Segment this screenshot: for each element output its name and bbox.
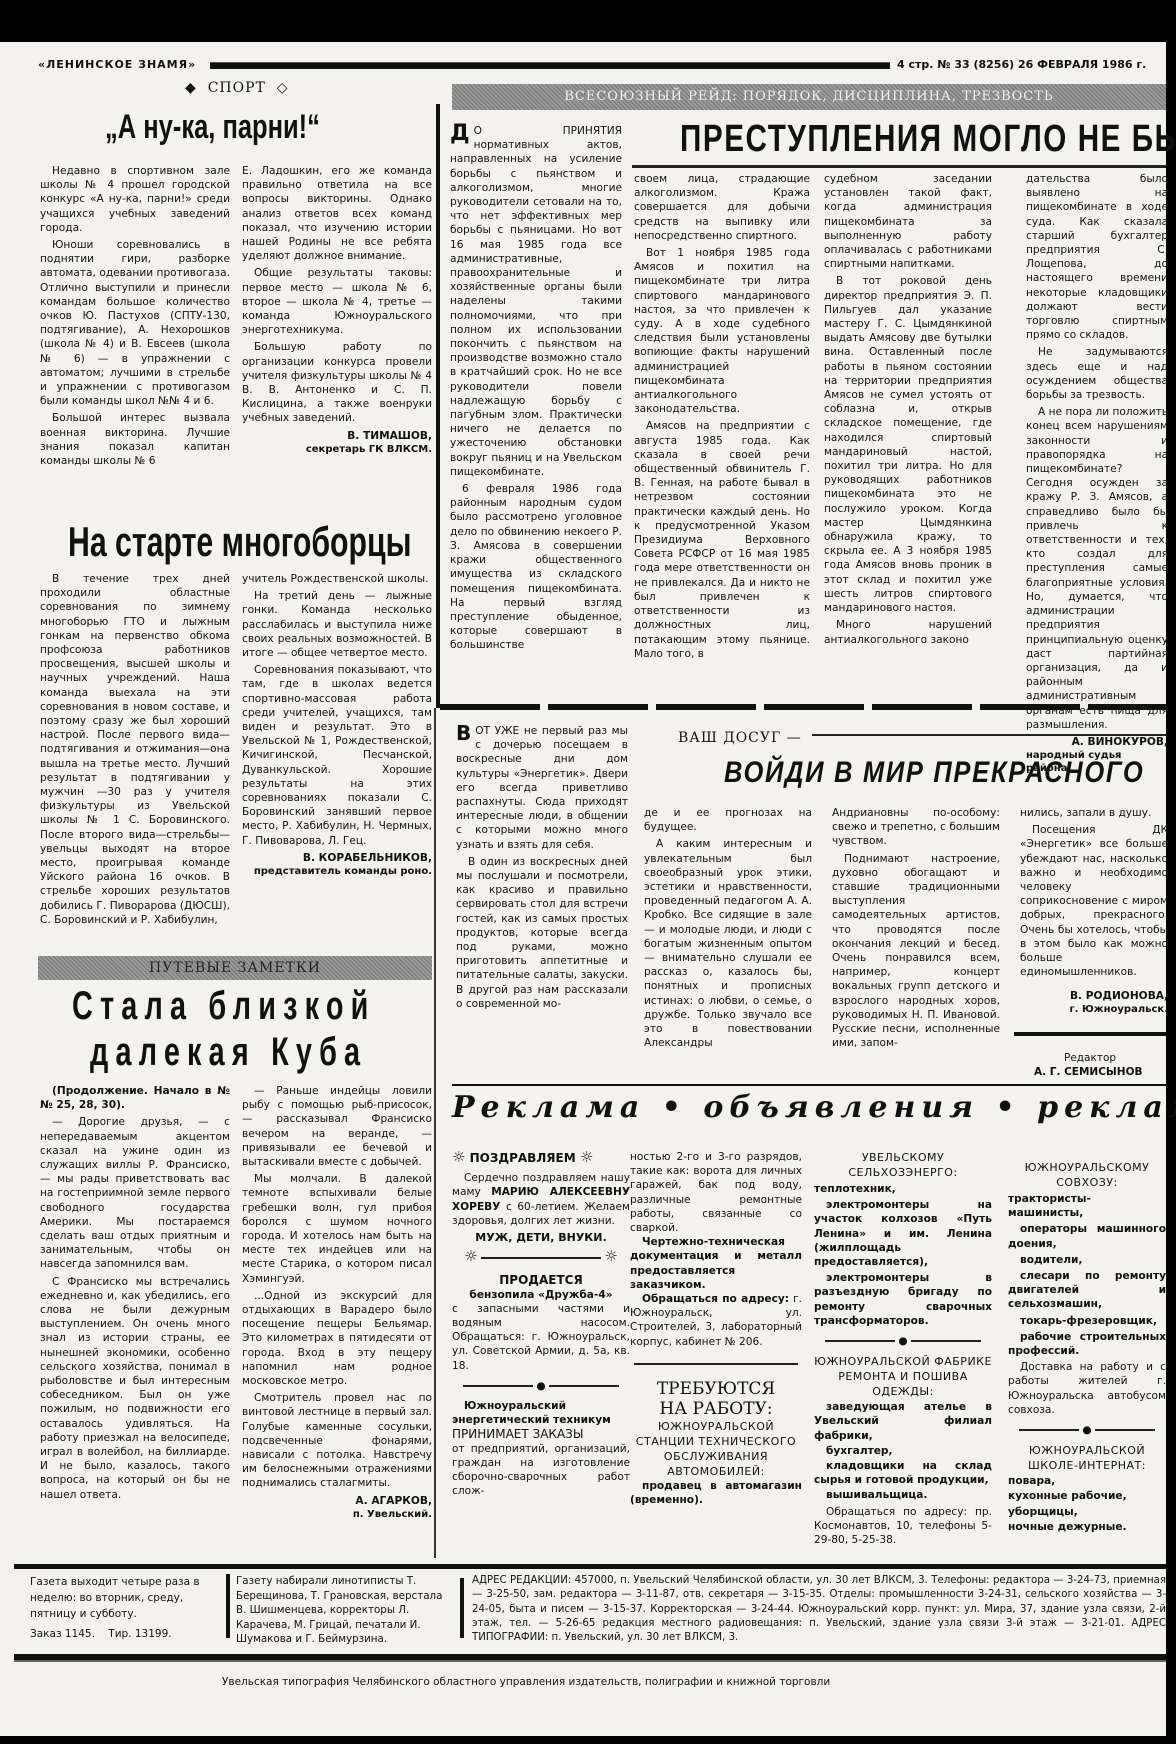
leisure-headline: ВОЙДИ В МИР ПРЕКРАСНОГО <box>724 756 1144 790</box>
ad-divider <box>634 1363 798 1365</box>
sale-heading: ПРОДАЕТСЯ <box>452 1273 630 1287</box>
ads-col-3: УВЕЛЬСКОМУ СЕЛЬХОЗЭНЕРГО: теплотехник, э… <box>814 1150 992 1549</box>
ads-col-2: ностью 2-го и 3-го разрядов, такие как: … <box>630 1150 802 1507</box>
factory-org: ЮЖНОУРАЛЬСКОЙ ФАБРИКЕ РЕМОНТА И ПОШИВА О… <box>814 1354 992 1399</box>
sun-icon: ☼ <box>464 1247 477 1265</box>
leisure-col-1: ВОТ УЖЕ не первый раз мы с дочерью посещ… <box>456 724 628 1014</box>
congrats-signature: МУЖ, ДЕТИ, ВНУКИ. <box>452 1231 630 1245</box>
footer-divider <box>226 1574 230 1638</box>
drop-cap: В <box>456 724 471 742</box>
travel-rubric-band: ПУТЕВЫЕ ЗАМЕТКИ <box>38 956 432 980</box>
section-divider <box>440 704 1166 710</box>
allround-col-1: В течение трех дней проходили областные … <box>40 572 230 930</box>
footer-address: АДРЕС РЕДАКЦИИ: 457000, п. Увельский Чел… <box>472 1574 1166 1645</box>
sun-icon: ☼ <box>452 1148 465 1166</box>
sport-col-1: Недавно в спортивном зале школы № 4 прош… <box>40 164 230 471</box>
ornament-divider: ● <box>452 1379 630 1393</box>
sovkhoz-org: ЮЖНОУРАЛЬСКОМУ СОВХОЗУ: <box>1008 1160 1166 1190</box>
allround-headline: На старте многоборцы <box>68 518 411 566</box>
editor-rule <box>1014 1032 1166 1036</box>
diamond-icon: ◆ <box>185 80 197 96</box>
sport-headline: „А ну-ка, парни!“ <box>105 108 320 147</box>
sto-org: ЮЖНОУРАЛЬСКОЙ СТАНЦИИ ТЕХНИЧЕСКОГО ОБСЛУ… <box>630 1419 802 1479</box>
editor-name: А. Г. СЕМИСЫНОВ <box>1034 1066 1143 1078</box>
tech-school-heading: ПРИНИМАЕТ ЗАКАЗЫ <box>452 1427 630 1441</box>
leisure-col-2: де и ее прогнозах на будущее. А каким ин… <box>644 806 812 1053</box>
ads-banner: Реклама • объявления • реклама <box>452 1090 1176 1125</box>
footer-schedule: Газета выходит четыре раза в неделю: во … <box>30 1574 210 1642</box>
editor-label: Редактор <box>1064 1052 1116 1064</box>
leisure-col-4: нились, запали в душу. Посещения ДК «Эне… <box>1020 806 1168 1016</box>
raid-col-1: ДО ПРИНЯТИЯ нормативных актов, направлен… <box>450 124 622 656</box>
travel-col-1: (Продолжение. Начало в №№ 25, 28, 30). —… <box>40 1084 230 1505</box>
travel-col-2: — Раньше индейцы ловили рыбу с помощью р… <box>242 1084 432 1521</box>
ads-col-1: ☼ ПОЗДРАВЛЯЕМ ☼ Сердечно поздравляем наш… <box>452 1150 630 1498</box>
footer-divider <box>460 1578 464 1638</box>
drop-cap: Д <box>450 124 470 144</box>
leisure-col-3: Андриановны по-особому: свежо и трепетно… <box>832 806 1000 1053</box>
ads-col-4: ЮЖНОУРАЛЬСКОМУ СОВХОЗУ: трактористы-маши… <box>1008 1160 1166 1535</box>
masthead-rule <box>210 62 890 69</box>
allround-col-2: учитель Рождественской школы. На третий … <box>242 572 432 878</box>
sun-icon: ☼ <box>580 1148 593 1166</box>
raid-col-2: своем лица, страдающие алкоголизмом. Кра… <box>634 172 810 664</box>
ornament-divider: ☼ ☼ <box>452 1249 630 1265</box>
paper-name: «ЛЕНИНСКОЕ ЗНАМЯ» <box>38 58 196 71</box>
sport-author-title: секретарь ГК ВЛКСМ. <box>242 443 432 456</box>
raid-col-3: судебном заседании установлен такой факт… <box>824 172 992 650</box>
congrats-heading: ☼ ПОЗДРАВЛЯЕМ ☼ <box>452 1150 630 1165</box>
allround-author: В. КОРАБЕЛЬНИКОВ, <box>242 851 432 865</box>
raid-banner: ВСЕСОЮЗНЫЙ РЕЙД: ПОРЯДОК, ДИСЦИПЛИНА, ТР… <box>452 84 1166 110</box>
ornament-divider: ● <box>814 1334 992 1348</box>
column-divider <box>436 104 440 708</box>
column-divider-lower <box>434 708 436 1558</box>
travel-author: А. АГАРКОВ, <box>242 1494 432 1508</box>
sale-item: бензопила «Дружба-4» <box>452 1288 630 1302</box>
sun-icon: ☼ <box>604 1247 617 1265</box>
sport-author: В. ТИМАШОВ, <box>242 429 432 443</box>
travel-author-place: п. Увельский. <box>242 1508 432 1521</box>
travel-headline-2: далекая Куба <box>90 1030 367 1075</box>
leisure-author-place: г. Южноуральск. <box>1020 1003 1168 1016</box>
raid-author: А. ВИНОКУРОВ, <box>1026 735 1168 749</box>
ads-top-rule <box>452 1084 1166 1086</box>
headline-underline <box>632 165 1166 168</box>
leisure-author: В. РОДИОНОВА, <box>1020 989 1168 1003</box>
boarding-school-org: ЮЖНОУРАЛЬСКОЙ ШКОЛЕ-ИНТЕРНАТ: <box>1008 1443 1166 1473</box>
rubric-rule <box>812 734 1166 736</box>
footer-staff: Газету набирали линотиписты Т. Берещинов… <box>236 1574 452 1647</box>
allround-author-title: представитель команды роно. <box>242 865 432 878</box>
travel-headline-1: Стала близкой <box>72 984 376 1029</box>
jobs-heading: ТРЕБУЮТСЯ НА РАБОТУ: <box>630 1379 802 1419</box>
diamond-icon: ◇ <box>277 80 289 96</box>
selhoz-org: УВЕЛЬСКОМУ СЕЛЬХОЗЭНЕРГО: <box>814 1150 992 1180</box>
raid-headline: ПРЕСТУПЛЕНИЯ МОГЛО НЕ БЫТЬ <box>680 118 1176 161</box>
leisure-rubric: ВАШ ДОСУГ — <box>678 730 802 746</box>
issue-info: 4 стр. № 33 (8256) 26 ФЕВРАЛЯ 1986 г. <box>897 58 1146 71</box>
footer-top-rule <box>14 1564 1166 1569</box>
printer-imprint: Увельская типография Челябинского област… <box>222 1676 830 1688</box>
sport-col-2: Е. Ладошкин, его же команда правильно от… <box>242 164 432 456</box>
scan-bottom-border <box>0 1736 1176 1744</box>
scan-top-border <box>0 0 1176 42</box>
sport-rubric: ◆ СПОРТ ◇ <box>185 80 289 96</box>
raid-col-4: дательства было выявлено на пищекомбинат… <box>1026 172 1168 775</box>
ornament-divider: ● <box>1008 1423 1166 1437</box>
footer-bottom-rule <box>14 1654 1166 1662</box>
